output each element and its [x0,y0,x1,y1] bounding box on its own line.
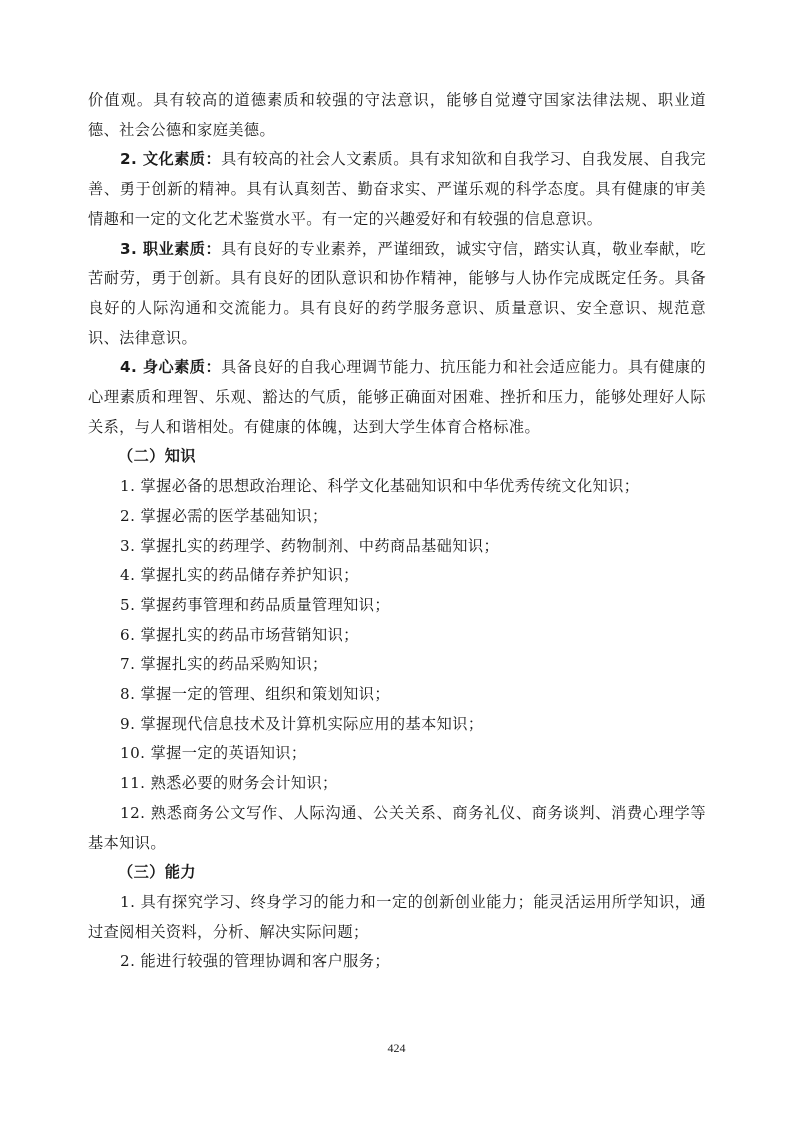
quality-culture-label: 2. 文化素质： [120,150,221,168]
knowledge-item: 2. 掌握必需的医学基础知识； [88,502,706,532]
knowledge-item: 11. 熟悉必要的财务会计知识； [88,769,706,799]
knowledge-item: 9. 掌握现代信息技术及计算机实际应用的基本知识； [88,710,706,740]
quality-mind-body-label: 4. 身心素质： [120,358,221,376]
knowledge-item: 3. 掌握扎实的药理学、药物制剂、中药商品基础知识； [88,532,706,562]
intro-paragraph: 价值观。具有较高的道德素质和较强的守法意识，能够自觉遵守国家法律法规、职业道德、… [88,86,706,145]
knowledge-item: 8. 掌握一定的管理、组织和策划知识； [88,680,706,710]
knowledge-item: 5. 掌握药事管理和药品质量管理知识； [88,591,706,621]
document-page: 价值观。具有较高的道德素质和较强的守法意识，能够自觉遵守国家法律法规、职业道德、… [88,86,706,977]
ability-item: 1. 具有探究学习、终身学习的能力和一定的创新创业能力；能灵活运用所学知识，通过… [88,888,706,947]
knowledge-heading: （二）知识 [88,442,706,472]
knowledge-item: 1. 掌握必备的思想政治理论、科学文化基础知识和中华优秀传统文化知识； [88,472,706,502]
ability-heading: （三）能力 [88,858,706,888]
quality-professional-label: 3. 职业素质： [120,240,221,258]
knowledge-item: 10. 掌握一定的英语知识； [88,739,706,769]
knowledge-item: 7. 掌握扎实的药品采购知识； [88,650,706,680]
knowledge-item: 6. 掌握扎实的药品市场营销知识； [88,621,706,651]
knowledge-item: 4. 掌握扎实的药品储存养护知识； [88,561,706,591]
knowledge-item: 12. 熟悉商务公文写作、人际沟通、公关关系、商务礼仪、商务谈判、消费心理学等基… [88,799,706,858]
quality-mind-body: 4. 身心素质：具备良好的自我心理调节能力、抗压能力和社会适应能力。具有健康的心… [88,353,706,442]
quality-professional: 3. 职业素质：具有良好的专业素养，严谨细致，诚实守信，踏实认真，敬业奉献，吃苦… [88,235,706,354]
page-number: 424 [0,1041,793,1056]
quality-culture: 2. 文化素质：具有较高的社会人文素质。具有求知欲和自我学习、自我发展、自我完善… [88,145,706,234]
ability-item: 2. 能进行较强的管理协调和客户服务； [88,947,706,977]
